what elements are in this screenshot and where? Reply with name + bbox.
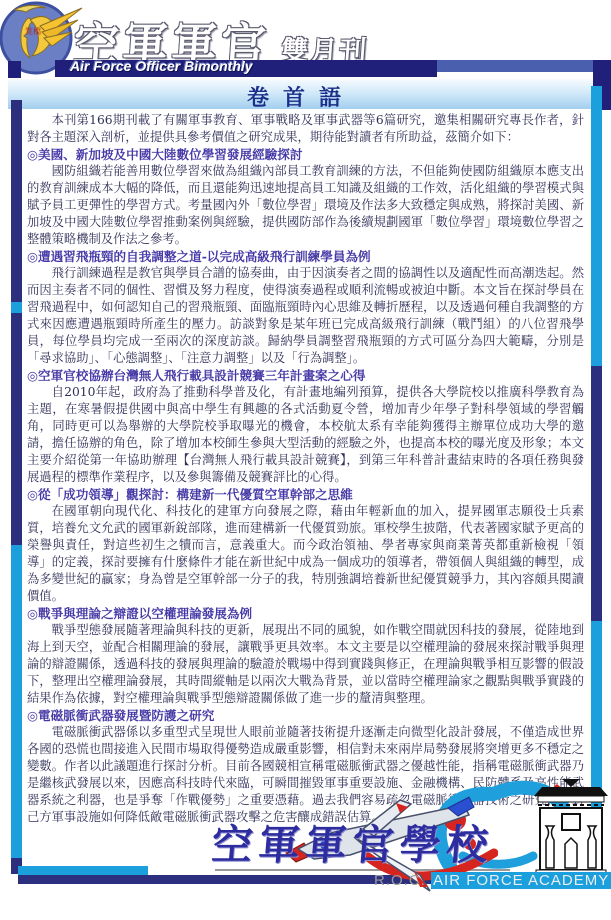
- magazine-foreword-page: 筧橋 空軍軍官雙月刊 Air Force Officer Bimonthly 卷…: [0, 0, 611, 920]
- section-body-leadership: 在國軍朝向現代化、科技化的建軍方向發展之際，藉由年輕新血的加入，提昇國軍志願役士…: [27, 503, 584, 605]
- logo-text: 筧橋: [25, 26, 41, 36]
- academy-name-en-roc: R.O.C.: [374, 872, 426, 889]
- academy-name-zh: 空軍軍官學校: [209, 812, 496, 871]
- section-body-digital-learning: 國防組織若能善用數位學習來做為組織內部員工教育訓練的方法，不但能夠使國防組織原本…: [27, 163, 584, 248]
- magazine-title-en: Air Force Officer Bimonthly: [70, 58, 253, 74]
- section-body-flight-bottleneck: 飛行訓練過程是教官與學員合譜的協奏曲，由于因演奏者之間的協調性以及適配性而高潮迭…: [27, 265, 584, 367]
- section-heading-emp-weapons: ◎電磁脈衝武器發展暨防護之研究: [27, 707, 584, 724]
- section-heading-flight-bottleneck: ◎遭遇習飛瓶頸的自我調整之道-以完成高級飛行訓練學員為例: [27, 248, 584, 265]
- section-heading-uav-contest: ◎空軍官校協辦台灣無人飛行載具設計競賽三年計畫案之心得: [27, 367, 584, 384]
- header-light-bar: [437, 60, 594, 72]
- header-accent-square: [8, 61, 21, 78]
- left-border-cyan-notch: [11, 302, 22, 313]
- right-border-navy-mid: [591, 366, 602, 621]
- right-border-cyan-top: [591, 86, 602, 366]
- section-banner: 卷首語: [8, 78, 594, 109]
- academy-name-en-main: AIR FORCE ACADEMY: [431, 872, 611, 889]
- left-border-navy-top: [11, 100, 22, 302]
- section-heading-airpower-theory: ◎戰爭與理論之辯證以空權理論發展為例: [27, 605, 584, 622]
- left-border-cyan-bottom: [11, 545, 22, 858]
- academy-name-en: R.O.C. AIR FORCE ACADEMY: [374, 872, 611, 889]
- academy-gate-icon: [532, 778, 610, 882]
- left-border-navy-mid: [11, 313, 22, 545]
- section-heading-digital-learning: ◎美國、新加坡及中國大陸數位學習發展經驗探討: [27, 146, 584, 163]
- section-banner-title: 卷首語: [8, 81, 594, 112]
- intro-paragraph: 本刊第166期刊載了有關軍事教育、軍事戰略及軍事武器等6篇研究，邀集相關研究專長…: [27, 112, 584, 146]
- foreword-content: 本刊第166期刊載了有關軍事教育、軍事戰略及軍事武器等6篇研究，邀集相關研究專長…: [27, 112, 584, 826]
- section-heading-leadership: ◎從「成功領導」觀探討：構建新一代優質空軍幹部之思維: [27, 486, 584, 503]
- section-body-airpower-theory: 戰爭型態發展隨著理論與科技的更新，展現出不同的風貌，如作戰空間就因科技的發展，從…: [27, 622, 584, 707]
- footer-cyan-bar: [18, 866, 148, 875]
- section-body-uav-contest: 自2010年起，政府為了推動科學普及化，有計畫地編列預算，提供各大學院校以推廣科…: [27, 384, 584, 486]
